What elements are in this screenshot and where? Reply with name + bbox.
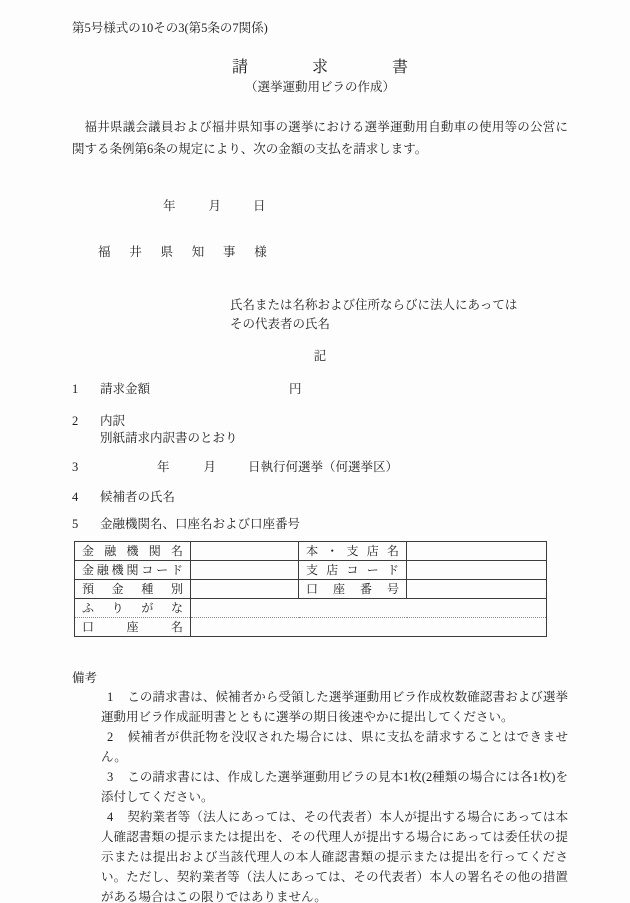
account-number-value <box>407 580 547 599</box>
account-number-label: 口座番号 <box>299 580 407 599</box>
item1-yen-unit: 円 <box>289 382 302 396</box>
item2-label: 内訳 <box>100 414 125 428</box>
remark-item-2: 2候補者が供託物を没収された場合には、県に支払を請求することはできません。 <box>72 727 568 767</box>
request-statement: 福井県議会議員および福井県知事の選挙における選挙運動用自動車の使用等の公営に関す… <box>72 116 568 160</box>
form-number: 第5号様式の10その3(第5条の7関係) <box>72 20 568 36</box>
item-breakdown: 2内訳 <box>72 413 568 429</box>
remarks-heading: 備考 <box>72 669 568 687</box>
remark3-number: 3 <box>107 770 113 784</box>
record-marker: 記 <box>72 348 568 364</box>
deposit-type-value <box>191 580 299 599</box>
branch-code-label: 支店コード <box>299 561 407 580</box>
bank-code-label: 金融機関コード <box>75 561 191 580</box>
item3-election-text: 日執行何選挙（何選挙区） <box>248 460 398 474</box>
remark-item-3: 3この請求書には、作成した選挙運動用ビラの見本1枚(2種類の場合には各1枚)を添… <box>72 767 568 807</box>
item4-label: 候補者の氏名 <box>100 490 175 504</box>
item-billing-amount: 1請求金額円 <box>72 381 568 397</box>
date-year-label: 年 <box>163 199 176 213</box>
name-note-line1: 氏名または名称および住所ならびに法人にあっては <box>230 296 568 315</box>
remark2-number: 2 <box>107 730 113 744</box>
name-note-line2: その代表者の氏名 <box>230 315 568 334</box>
remark-item-1: 1この請求書は、候補者から受領した選挙運動用ビラ作成枚数確認書および選挙運動用ビ… <box>72 687 568 727</box>
account-name-label: 口座名 <box>75 618 191 637</box>
furigana-label: ふりがな <box>75 599 191 618</box>
account-name-value <box>191 618 547 637</box>
date-line: 年月日 <box>163 198 568 214</box>
document-title: 請求書 <box>72 58 568 78</box>
item1-label: 請求金額 <box>100 382 150 396</box>
item2-number: 2 <box>72 413 100 429</box>
item4-number: 4 <box>72 489 100 505</box>
remark4-text: 契約業者等（法人にあっては、その代表者）本人が提出する場合にあっては本人確認書類… <box>101 810 568 903</box>
remark4-number: 4 <box>107 810 113 824</box>
item3-number: 3 <box>72 459 100 475</box>
item-candidate-name: 4候補者の氏名 <box>72 489 568 505</box>
branch-code-value <box>407 561 547 580</box>
remark3-text: この請求書には、作成した選挙運動用ビラの見本1枚(2種類の場合には各1枚)を添付… <box>101 770 568 804</box>
furigana-value <box>191 599 547 618</box>
remark1-text: この請求書は、候補者から受領した選挙運動用ビラ作成枚数確認書および選挙運動用ビラ… <box>101 690 568 724</box>
addressee-governor: 福井県知事様 <box>98 244 568 260</box>
request-form-page: 第5号様式の10その3(第5条の7関係) 請求書 （選挙運動用ビラの作成） 福井… <box>0 0 630 903</box>
table-row: 預金種別 口座番号 <box>75 580 547 599</box>
table-row: 口座名 <box>75 618 547 637</box>
date-day-label: 日 <box>253 199 266 213</box>
branch-name-value <box>407 542 547 561</box>
item5-number: 5 <box>72 516 100 532</box>
bank-account-table: 金融機関名 本・支店名 金融機関コード 支店コード 預金種別 口座番号 ふりがな <box>74 541 547 637</box>
bank-name-value <box>191 542 299 561</box>
remark-item-4: 4契約業者等（法人にあっては、その代表者）本人が提出する場合にあっては本人確認書… <box>72 807 568 903</box>
item1-number: 1 <box>72 381 100 397</box>
bank-code-value <box>191 561 299 580</box>
name-address-note: 氏名または名称および住所ならびに法人にあっては その代表者の氏名 <box>230 296 568 334</box>
deposit-type-label: 預金種別 <box>75 580 191 599</box>
table-row: 金融機関名 本・支店名 <box>75 542 547 561</box>
item2-detail: 別紙請求内訳書のとおり <box>100 430 568 447</box>
branch-name-label: 本・支店名 <box>299 542 407 561</box>
item3-month-label: 月 <box>204 460 217 474</box>
item-election-date: 3年月日執行何選挙（何選挙区） <box>72 459 568 475</box>
item-bank-info: 5金融機関名、口座名および口座番号 <box>72 516 568 532</box>
bank-name-label: 金融機関名 <box>75 542 191 561</box>
document-subtitle: （選挙運動用ビラの作成） <box>72 78 568 96</box>
remark2-text: 候補者が供託物を没収された場合には、県に支払を請求することはできません。 <box>101 730 568 764</box>
table-row: ふりがな <box>75 599 547 618</box>
date-month-label: 月 <box>209 199 222 213</box>
table-row: 金融機関コード 支店コード <box>75 561 547 580</box>
remark1-number: 1 <box>107 690 113 704</box>
item5-label: 金融機関名、口座名および口座番号 <box>100 517 300 531</box>
item3-year-label: 年 <box>157 460 170 474</box>
